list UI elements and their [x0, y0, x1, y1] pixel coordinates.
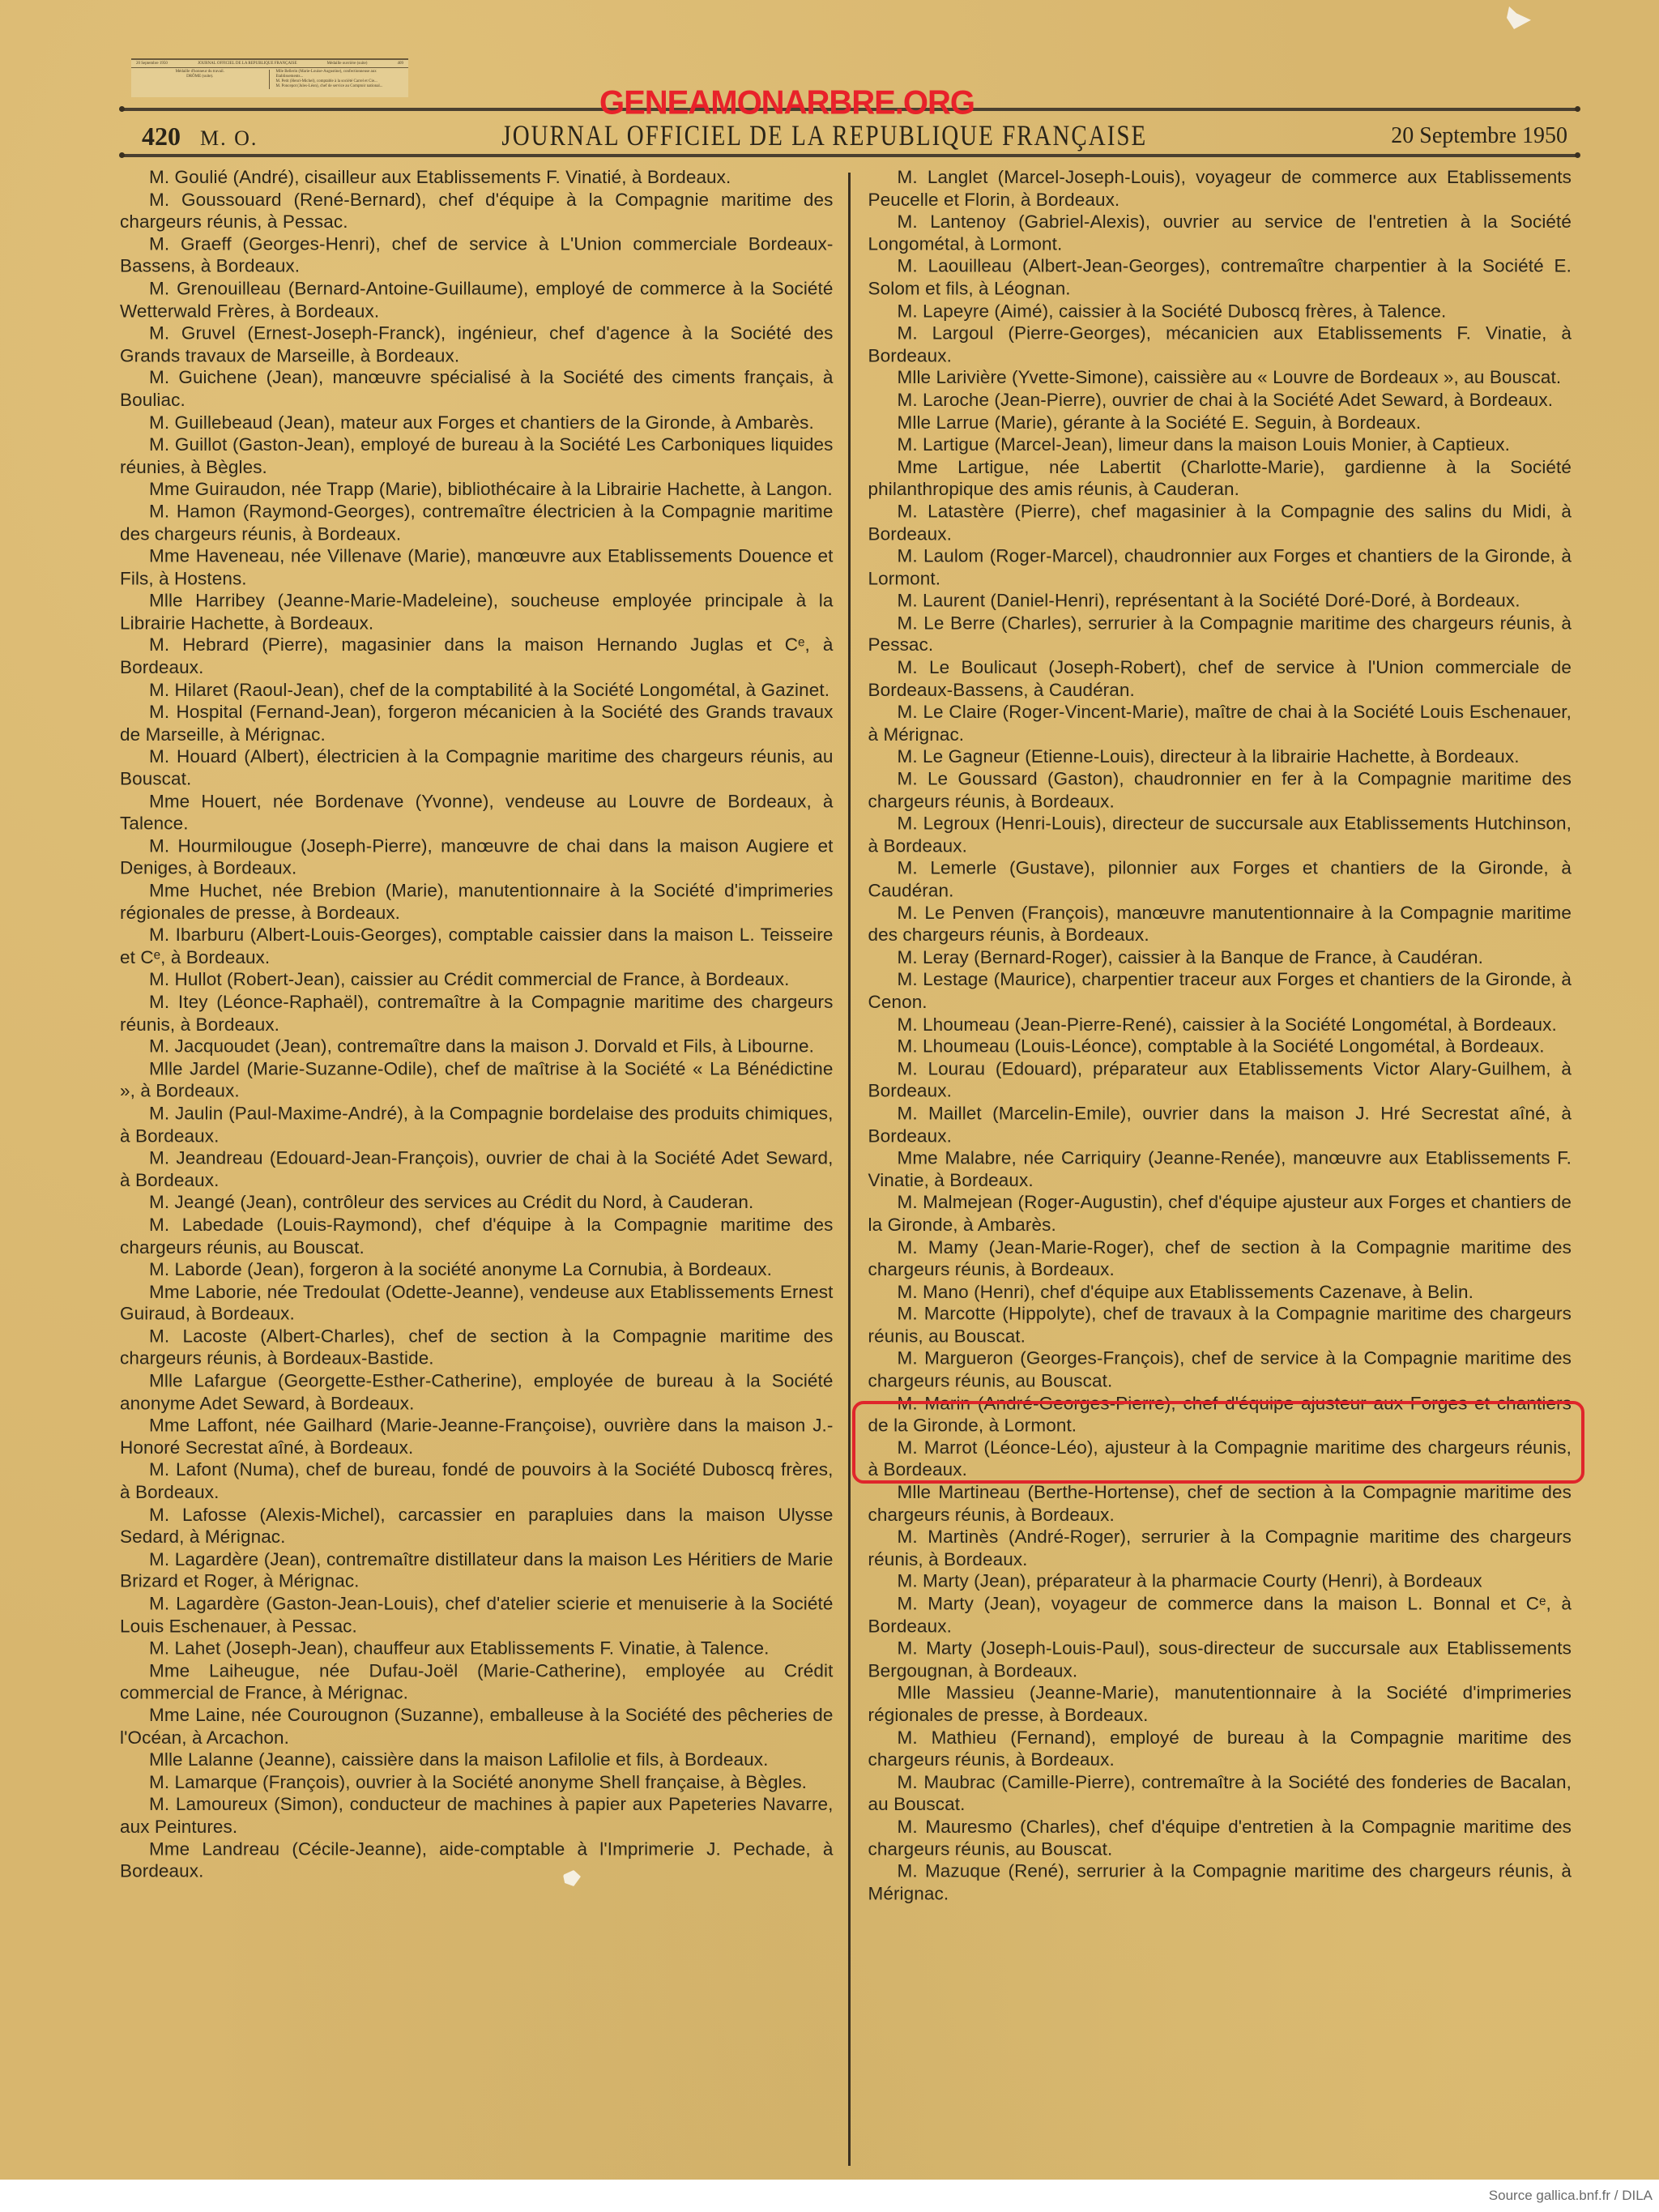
list-entry: M. Maillet (Marcelin-Emile), ouvrier dan…	[868, 1102, 1572, 1147]
list-entry: Mme Malabre, née Carriquiry (Jeanne-René…	[868, 1147, 1572, 1191]
list-entry: M. Lartigue (Marcel-Jean), limeur dans l…	[868, 433, 1572, 456]
issue-date: 20 Septembre 1950	[1391, 123, 1567, 149]
list-entry: M. Lamarque (François), ouvrier à la Soc…	[120, 1771, 834, 1794]
list-entry: M. Legroux (Henri-Louis), directeur de s…	[868, 813, 1572, 857]
thumbnail-line: Mlle Bellerin (Marie-Louise-Augustine), …	[276, 70, 404, 79]
page-number: 420	[142, 122, 181, 151]
list-entry: M. Maubrac (Camille-Pierre), contremaîtr…	[868, 1771, 1572, 1816]
thumbnail-section: Médaille ouvrière (suite)	[327, 62, 368, 66]
list-entry: Mlle Larrue (Marie), gérante à la Sociét…	[868, 412, 1572, 434]
list-entry: M. Lantenoy (Gabriel-Alexis), ouvrier au…	[868, 211, 1572, 255]
list-entry: M. Mamy (Jean-Marie-Roger), chef de sect…	[868, 1236, 1572, 1281]
list-entry: M. Lacoste (Albert-Charles), chef de sec…	[120, 1326, 834, 1370]
thumbnail-right-column: Mlle Bellerin (Marie-Louise-Augustine), …	[276, 70, 404, 89]
list-entry: M. Itey (Léonce-Raphaël), contremaître à…	[120, 991, 834, 1036]
list-entry: Mme Houert, née Bordenave (Yvonne), vend…	[120, 790, 834, 835]
list-entry: M. Houard (Albert), électricien à la Com…	[120, 745, 834, 790]
thumbnail-line: M. Poncepot (Jules-Léon), chef de servic…	[276, 84, 404, 89]
header-rule-bottom	[122, 154, 1578, 157]
list-entry: M. Lapeyre (Aimé), caissier à la Société…	[868, 300, 1572, 322]
paper-tear-mark	[1507, 6, 1531, 29]
newspaper-page: 20 Septembre 1950 JOURNAL OFFICIEL DE LA…	[0, 0, 1659, 2180]
list-entry: M. Lagardère (Jean), contremaître distil…	[120, 1548, 834, 1593]
thumbnail-left-column: Médaille d'honneur du travail. DRÔME (su…	[136, 70, 270, 89]
list-entry: Mme Huchet, née Brebion (Marie), manuten…	[120, 879, 834, 924]
list-entry: M. Leray (Bernard-Roger), caissier à la …	[868, 946, 1572, 969]
list-entry: M. Mauresmo (Charles), chef d'équipe d'e…	[868, 1816, 1572, 1860]
left-column: M. Goulié (André), cisailleur aux Etabli…	[120, 166, 848, 2160]
list-entry: M. Latastère (Pierre), chef magasinier à…	[868, 501, 1572, 545]
list-entry: M. Lamoureux (Simon), conducteur de mach…	[120, 1793, 834, 1838]
list-entry: Mme Laiheugue, née Dufau-Joël (Marie-Cat…	[120, 1659, 834, 1704]
right-column: M. Langlet (Marcel-Joseph-Louis), voyage…	[851, 166, 1579, 2160]
list-entry: M. Laborde (Jean), forgeron à la société…	[120, 1258, 834, 1281]
page-thumbnail-inset: 20 Septembre 1950 JOURNAL OFFICIEL DE LA…	[131, 58, 408, 97]
list-entry: M. Gruvel (Ernest-Joseph-Franck), ingéni…	[120, 322, 834, 367]
list-entry: M. Le Berre (Charles), serrurier à la Co…	[868, 612, 1572, 656]
list-entry: M. Marrot (Léonce-Léo), ajusteur à la Co…	[868, 1437, 1572, 1481]
list-entry: M. Largoul (Pierre-Georges), mécanicien …	[868, 322, 1572, 367]
thumbnail-header: 20 Septembre 1950 JOURNAL OFFICIEL DE LA…	[131, 60, 408, 68]
watermark-text: GENEAMONARBRE.ORG	[599, 84, 975, 122]
masthead: 420 M. O. JOURNAL OFFICIEL DE LA REPUBLI…	[142, 120, 1567, 152]
list-entry: M. Guillot (Gaston-Jean), employé de bur…	[120, 433, 834, 478]
list-entry: M. Lahet (Joseph-Jean), chauffeur aux Et…	[120, 1638, 834, 1660]
list-entry: Mme Landreau (Cécile-Jeanne), aide-compt…	[120, 1838, 834, 1882]
list-entry: M. Hilaret (Raoul-Jean), chef de la comp…	[120, 679, 834, 702]
list-entry: M. Lhoumeau (Louis-Léonce), comptable à …	[868, 1036, 1572, 1058]
list-entry: Mlle Jardel (Marie-Suzanne-Odile), chef …	[120, 1057, 834, 1102]
section-code: M. O.	[200, 126, 258, 150]
list-entry: Mme Laffont, née Gailhard (Marie-Jeanne-…	[120, 1415, 834, 1459]
list-entry: Mme Lartigue, née Labertit (Charlotte-Ma…	[868, 456, 1572, 501]
list-entry: Mlle Lafargue (Georgette-Esther-Catherin…	[120, 1370, 834, 1415]
list-entry: M. Mazuque (René), serrurier à la Compag…	[868, 1860, 1572, 1905]
list-entry: M. Goulié (André), cisailleur aux Etabli…	[120, 166, 834, 189]
list-entry: M. Le Boulicaut (Joseph-Robert), chef de…	[868, 656, 1572, 701]
list-entry: M. Le Gagneur (Etienne-Louis), directeur…	[868, 745, 1572, 768]
list-entry: M. Marty (Joseph-Louis-Paul), sous-direc…	[868, 1638, 1572, 1682]
list-entry: M. Lestage (Maurice), charpentier traceu…	[868, 968, 1572, 1013]
list-entry: M. Laulom (Roger-Marcel), chaudronnier a…	[868, 545, 1572, 590]
list-entry: M. Hourmilougue (Joseph-Pierre), manœuvr…	[120, 835, 834, 879]
list-entry: Mlle Massieu (Jeanne-Marie), manutention…	[868, 1682, 1572, 1727]
thumbnail-page: 409	[397, 62, 403, 66]
list-entry: M. Laouilleau (Albert-Jean-Georges), con…	[868, 255, 1572, 300]
list-entry: M. Mathieu (Fernand), employé de bureau …	[868, 1727, 1572, 1771]
list-entry: M. Martinès (André-Roger), serrurier à l…	[868, 1526, 1572, 1570]
list-entry: M. Jaulin (Paul-Maxime-André), à la Comp…	[120, 1102, 834, 1147]
list-entry: M. Laurent (Daniel-Henri), représentant …	[868, 590, 1572, 613]
list-entry: M. Marin (André-Georges-Pierre), chef d'…	[868, 1392, 1572, 1437]
list-entry: M. Laroche (Jean-Pierre), ouvrier de cha…	[868, 389, 1572, 412]
list-entry: M. Lafosse (Alexis-Michel), carcassier e…	[120, 1504, 834, 1548]
list-entry: Mme Guiraudon, née Trapp (Marie), biblio…	[120, 478, 834, 501]
journal-title: JOURNAL OFFICIEL DE LA REPUBLIQUE FRANÇA…	[501, 119, 1147, 152]
list-entry: M. Malmejean (Roger-Augustin), chef d'éq…	[868, 1192, 1572, 1236]
list-entry: Mlle Larivière (Yvette-Simone), caissièr…	[868, 367, 1572, 390]
list-entry: M. Marty (Jean), voyageur de commerce da…	[868, 1593, 1572, 1638]
list-entry: M. Margueron (Georges-François), chef de…	[868, 1347, 1572, 1392]
list-entry: M. Hamon (Raymond-Georges), contremaître…	[120, 501, 834, 545]
list-entry: Mlle Martineau (Berthe-Hortense), chef d…	[868, 1481, 1572, 1526]
list-entry: M. Mano (Henri), chef d'équipe aux Etabl…	[868, 1281, 1572, 1304]
list-entry: M. Langlet (Marcel-Joseph-Louis), voyage…	[868, 166, 1572, 211]
list-entry: M. Le Penven (François), manœuvre manute…	[868, 902, 1572, 946]
list-entry: M. Jacquoudet (Jean), contremaître dans …	[120, 1036, 834, 1058]
list-entry: Mme Laine, née Courougnon (Suzanne), emb…	[120, 1704, 834, 1749]
list-entry: M. Lagardère (Gaston-Jean-Louis), chef d…	[120, 1593, 834, 1638]
source-credit: Source gallica.bnf.fr / DILA	[1489, 2188, 1653, 2204]
list-entry: M. Ibarburu (Albert-Louis-Georges), comp…	[120, 924, 834, 968]
list-entry: M. Hospital (Fernand-Jean), forgeron méc…	[120, 701, 834, 745]
list-entry: M. Lafont (Numa), chef de bureau, fondé …	[120, 1459, 834, 1504]
list-entry: M. Jeandreau (Edouard-Jean-François), ou…	[120, 1147, 834, 1191]
list-entry: M. Lourau (Edouard), préparateur aux Eta…	[868, 1057, 1572, 1102]
list-entry: M. Le Goussard (Gaston), chaudronnier en…	[868, 768, 1572, 813]
list-entry: M. Grenouilleau (Bernard-Antoine-Guillau…	[120, 278, 834, 322]
list-entry: Mlle Harribey (Jeanne-Marie-Madeleine), …	[120, 590, 834, 634]
list-entry: M. Marcotte (Hippolyte), chef de travaux…	[868, 1303, 1572, 1347]
list-entry: Mlle Lalanne (Jeanne), caissière dans la…	[120, 1749, 834, 1771]
list-entry: Mme Haveneau, née Villenave (Marie), man…	[120, 545, 834, 590]
list-entry: M. Lhoumeau (Jean-Pierre-René), caissier…	[868, 1013, 1572, 1036]
list-entry: M. Graeff (Georges-Henri), chef de servi…	[120, 233, 834, 278]
list-entry: M. Marty (Jean), préparateur à la pharma…	[868, 1570, 1572, 1593]
list-entry: M. Guillebeaud (Jean), mateur aux Forges…	[120, 412, 834, 434]
list-entry: M. Labedade (Louis-Raymond), chef d'équi…	[120, 1214, 834, 1258]
thumbnail-journal-title: JOURNAL OFFICIEL DE LA REPUBLIQUE FRANÇA…	[198, 62, 297, 66]
list-entry: M. Guichene (Jean), manœuvre spécialisé …	[120, 367, 834, 412]
article-columns: M. Goulié (André), cisailleur aux Etabli…	[120, 166, 1578, 2166]
list-entry: M. Hebrard (Pierre), magasinier dans la …	[120, 634, 834, 679]
list-entry: M. Hullot (Robert-Jean), caissier au Cré…	[120, 968, 834, 991]
list-entry: Mme Laborie, née Tredoulat (Odette-Jeann…	[120, 1281, 834, 1326]
thumbnail-subheading: DRÔME (suite).	[136, 75, 264, 79]
list-entry: M. Lemerle (Gustave), pilonnier aux Forg…	[868, 857, 1572, 902]
thumbnail-date: 20 Septembre 1950	[136, 62, 168, 66]
list-entry: M. Jeangé (Jean), contrôleur des service…	[120, 1192, 834, 1215]
list-entry: M. Goussouard (René-Bernard), chef d'équ…	[120, 189, 834, 233]
list-entry: M. Le Claire (Roger-Vincent-Marie), maît…	[868, 701, 1572, 745]
